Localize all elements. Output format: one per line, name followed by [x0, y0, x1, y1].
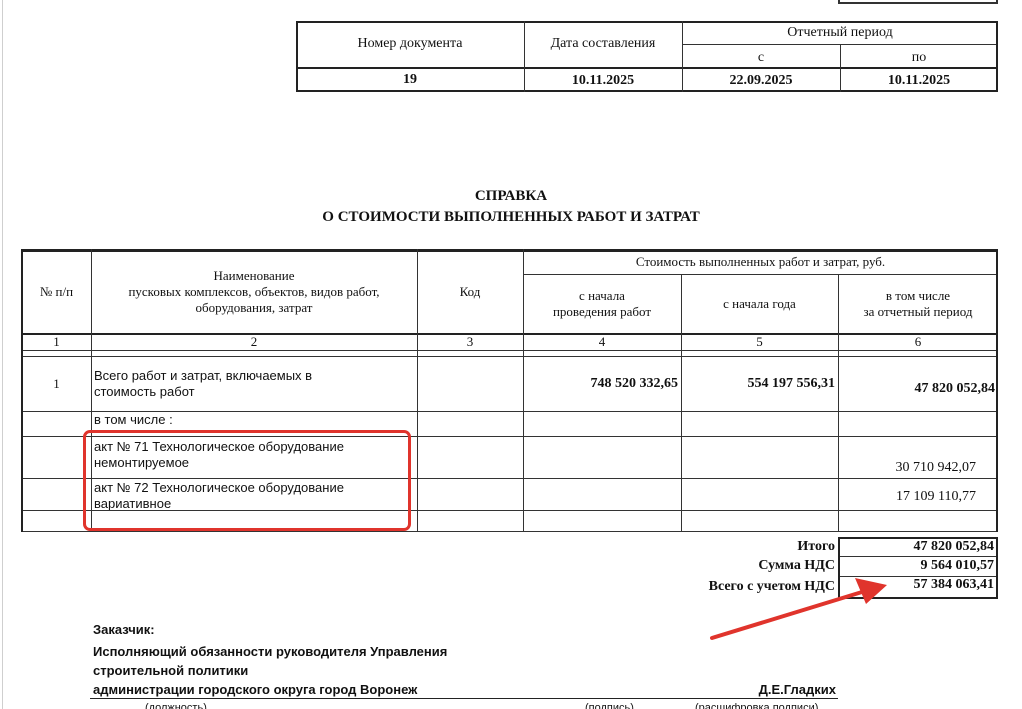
caption-position: (должность) — [145, 702, 207, 709]
position-line2: строительной политики — [93, 663, 248, 678]
position-line1: Исполняющий обязанности руководителя Упр… — [93, 644, 447, 659]
customer-label: Заказчик: — [93, 622, 155, 637]
signature-line — [90, 698, 838, 699]
signer-name: Д.Е.Гладких — [640, 682, 836, 697]
caption-decode: (расшифровка подписи) — [695, 702, 818, 709]
arrow-icon — [0, 0, 1022, 709]
position-line3: администрации городского округа город Во… — [93, 682, 417, 697]
caption-signature: (подпись) — [585, 702, 634, 709]
